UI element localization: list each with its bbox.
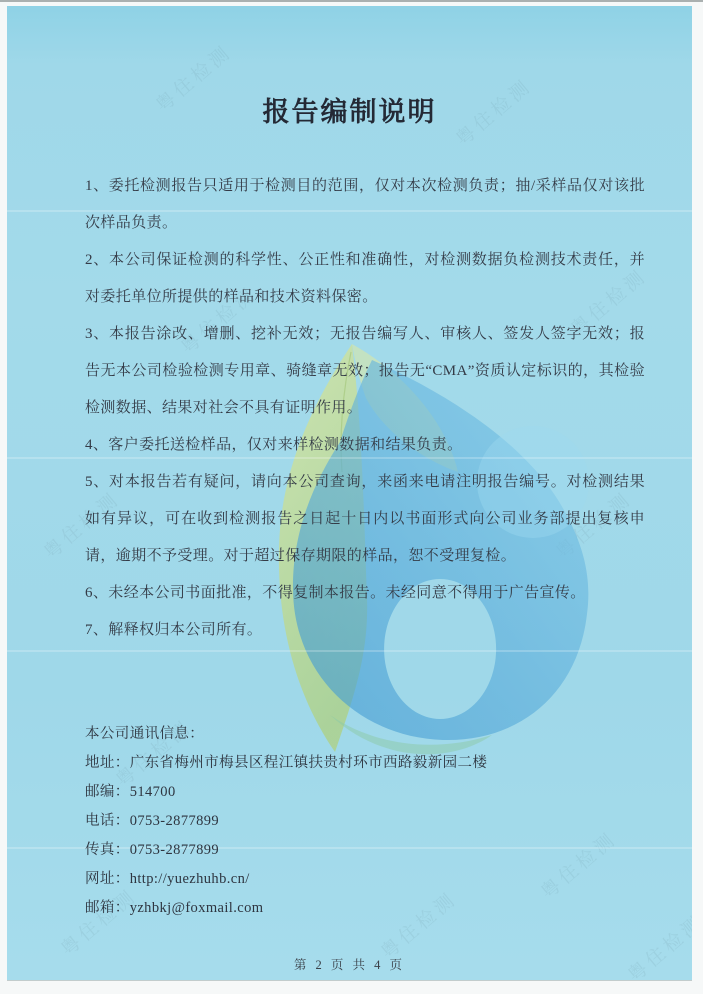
contact-line-address: 地址：广东省梅州市梅县区程江镇扶贵村环市西路毅新园二楼 [85,749,645,778]
note-item-1: 1、委托检测报告只适用于检测目的范围，仅对本次检测负责；抽/采样品仅对该批次样品… [85,168,645,242]
note-item-4: 4、客户委托送检样品，仅对来样检测数据和结果负责。 [85,427,645,464]
contact-line-fax: 传真：0753-2877899 [85,836,645,865]
page-number: 第 2 页 共 4 页 [7,955,692,973]
contact-line-website: 网址：http://yuezhuhb.cn/ [85,865,645,894]
contact-line-email: 邮箱：yzhbkj@foxmail.com [85,894,645,923]
note-item-7: 7、解释权归本公司所有。 [85,612,645,649]
note-item-5: 5、对本报告若有疑问，请向本公司查询，来函来电请注明报告编号。对检测结果如有异议… [85,464,645,575]
note-item-6: 6、未经本公司书面批准，不得复制本报告。未经同意不得用于广告宣传。 [85,575,645,612]
contact-line-phone: 电话：0753-2877899 [85,807,645,836]
note-item-2: 2、本公司保证检测的科学性、公正性和准确性，对检测数据负检测技术责任，并对委托单… [85,242,645,316]
contact-section: 本公司通讯信息： 地址：广东省梅州市梅县区程江镇扶贵村环市西路毅新园二楼 邮编：… [85,720,645,923]
scan-artifact-line [7,650,692,652]
page-title: 报告编制说明 [7,90,692,129]
note-item-3: 3、本报告涂改、增删、挖补无效；无报告编写人、审核人、签发人签字无效；报告无本公… [85,316,645,427]
scanned-report-page: 粤住检测 粤住检测 粤住检测 粤住检测 粤住检测 粤住检测 粤住检测 粤住检测 … [0,0,703,994]
contact-line-postcode: 邮编：514700 [85,778,645,807]
notes-section: 1、委托检测报告只适用于检测目的范围，仅对本次检测负责；抽/采样品仅对该批次样品… [85,168,645,649]
contact-heading: 本公司通讯信息： [85,720,645,749]
report-paper: 粤住检测 粤住检测 粤住检测 粤住检测 粤住检测 粤住检测 粤住检测 粤住检测 … [7,6,692,981]
